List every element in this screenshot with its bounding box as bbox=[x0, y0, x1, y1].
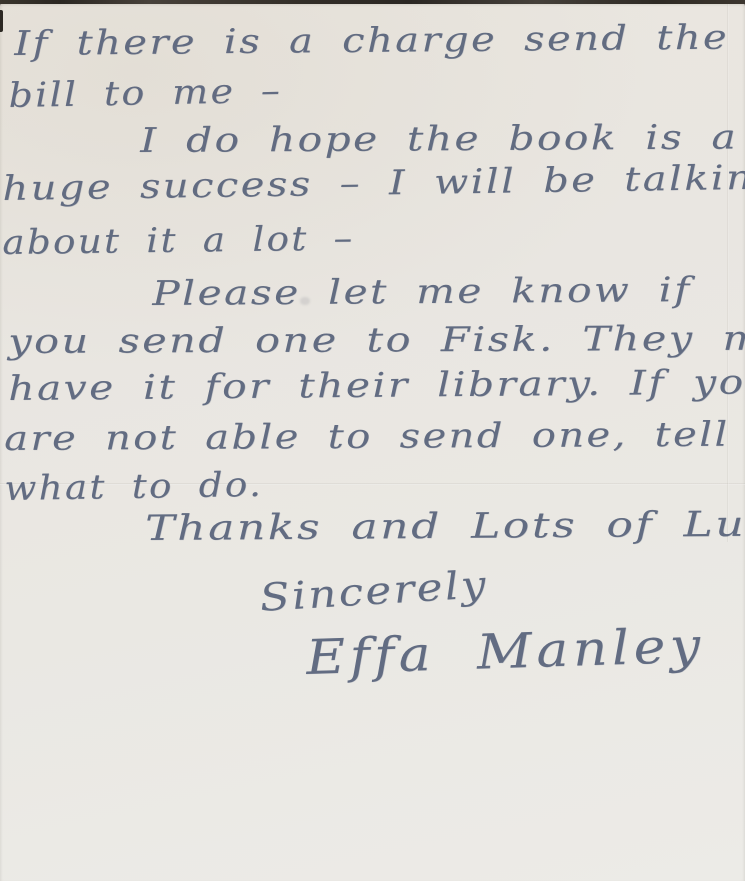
letter-line-7: you send one to Fisk. They must bbox=[8, 318, 745, 362]
letter-line-5: about it a lot – bbox=[2, 219, 355, 263]
letter-line-1: If there is a charge send the bbox=[14, 18, 729, 64]
scanned-letter-page: If there is a charge send the bill to me… bbox=[0, 0, 745, 881]
letter-line-2: bill to me – bbox=[8, 71, 283, 116]
letter-line-6: Please let me know if bbox=[152, 270, 692, 314]
letter-line-9: are not able to send one, tell me bbox=[4, 414, 745, 459]
letter-line-3: I do hope the book is a bbox=[140, 118, 738, 161]
letter-line-8: have it for their library. If you bbox=[8, 362, 745, 409]
scan-top-edge bbox=[0, 0, 745, 4]
letter-line-10: what to do. bbox=[4, 465, 263, 509]
letter-paper: If there is a charge send the bill to me… bbox=[0, 2, 745, 881]
fold-crease-vertical bbox=[727, 2, 729, 542]
scan-edge-nick bbox=[0, 10, 3, 32]
closing-line: Sincerely bbox=[258, 562, 489, 620]
signature: Effa Manley bbox=[305, 618, 706, 686]
letter-line-11: Thanks and Lots of Luck bbox=[145, 504, 745, 549]
letter-line-4: huge success – I will be talking bbox=[2, 157, 745, 209]
